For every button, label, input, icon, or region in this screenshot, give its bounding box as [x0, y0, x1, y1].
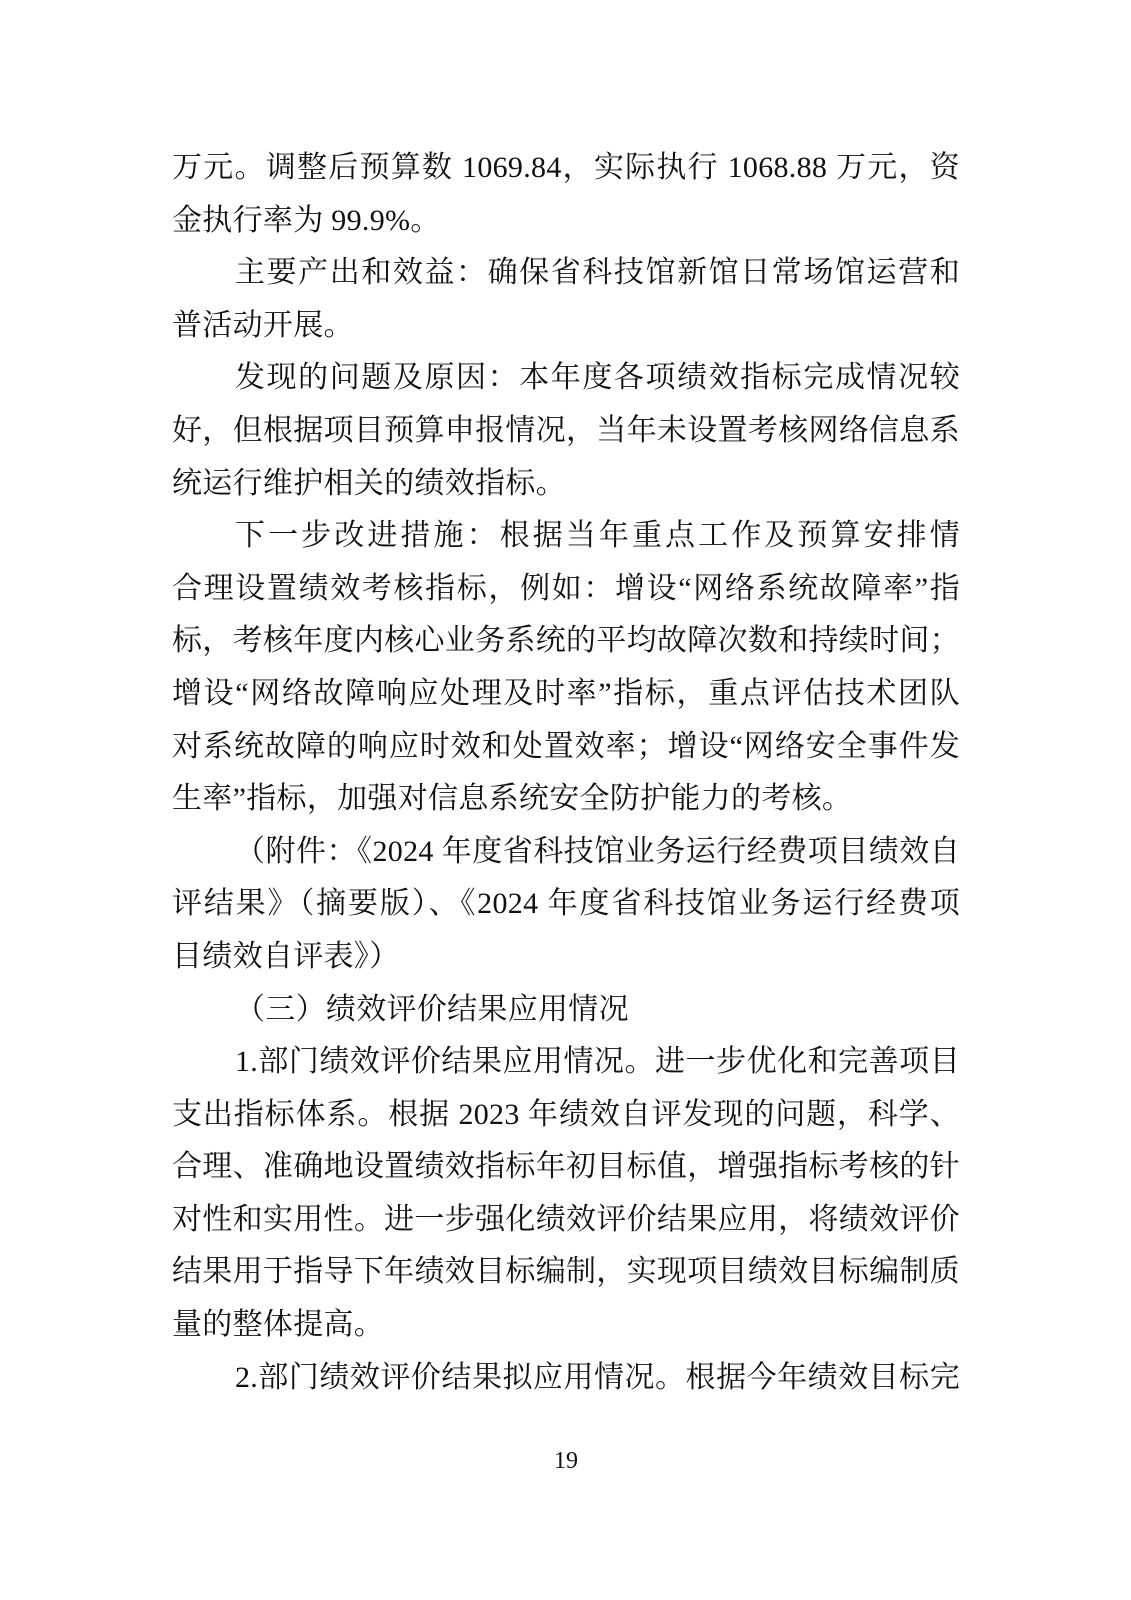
text-line: 对性和实用性。进一步强化绩效评价结果应用，将绩效评价 — [172, 1194, 960, 1247]
text-line: 结果用于指导下年绩效目标编制，实现项目绩效目标编制质 — [172, 1246, 960, 1299]
text-line: 好，但根据项目预算申报情况，当年未设置考核网络信息系 — [172, 405, 960, 458]
text-line: 对系统故障的响应时效和处置效率；增设“网络安全事件发 — [172, 721, 960, 774]
text-line: 合理、准确地设置绩效指标年初目标值，增强指标考核的针 — [172, 1141, 960, 1194]
text-line: 目绩效自评表》） — [172, 931, 960, 984]
text-line: 2.部门绩效评价结果拟应用情况。根据今年绩效目标完 — [172, 1352, 960, 1405]
text-line: 万元。调整后预算数 1069.84，实际执行 1068.88 万元，资 — [172, 142, 960, 195]
text-line: 发现的问题及原因：本年度各项绩效指标完成情况较 — [172, 352, 960, 405]
text-line: 主要产出和效益：确保省科技馆新馆日常场馆运营和科 — [172, 247, 960, 300]
text-line: 标，考核年度内核心业务系统的平均故障次数和持续时间； — [172, 615, 960, 668]
text-line: 下一步改进措施：根据当年重点工作及预算安排情况， — [172, 510, 960, 563]
text-line: 合理设置绩效考核指标，例如：增设“网络系统故障率”指 — [172, 563, 960, 616]
text-line: 量的整体提高。 — [172, 1299, 960, 1352]
text-line: 1.部门绩效评价结果应用情况。进一步优化和完善项目 — [172, 1036, 960, 1089]
text-line: （附件：《2024 年度省科技馆业务运行经费项目绩效自 — [172, 826, 960, 879]
text-line: 评结果》（摘要版）、《2024 年度省科技馆业务运行经费项 — [172, 878, 960, 931]
text-line: 增设“网络故障响应处理及时率”指标，重点评估技术团队 — [172, 668, 960, 721]
text-line: 生率”指标，加强对信息系统安全防护能力的考核。 — [172, 773, 960, 826]
text-line: 金执行率为 99.9%。 — [172, 195, 960, 248]
document-page: 万元。调整后预算数 1069.84，实际执行 1068.88 万元，资金执行率为… — [0, 0, 1131, 1600]
document-body: 万元。调整后预算数 1069.84，实际执行 1068.88 万元，资金执行率为… — [172, 142, 960, 1404]
text-line: 普活动开展。 — [172, 300, 960, 353]
text-line: 支出指标体系。根据 2023 年绩效自评发现的问题，科学、 — [172, 1089, 960, 1142]
section-heading: （三）绩效评价结果应用情况 — [172, 984, 960, 1037]
page-number: 19 — [172, 1448, 960, 1475]
text-line: 统运行维护相关的绩效指标。 — [172, 458, 960, 511]
